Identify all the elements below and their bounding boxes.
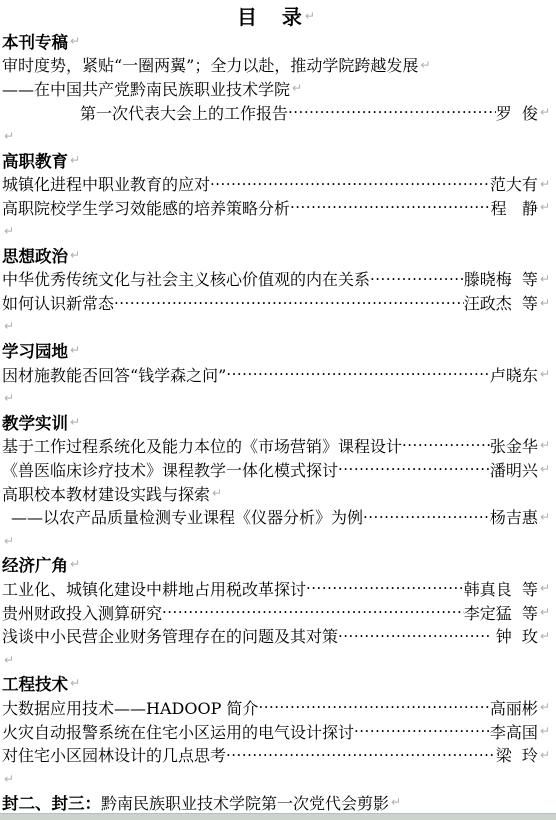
blank-line: ↵ [2,219,550,243]
toc-entry: 城镇化进程中职业教育的应对 范大有 ↵ [2,172,550,196]
footer-label: 封二、封三： [2,791,101,815]
dot-leader [338,627,491,645]
paragraph-mark: ↵ [70,676,80,690]
toc-entry-author: 程 静 [491,196,538,219]
paragraph-mark: ↵ [70,415,80,429]
paragraph-mark: ↵ [540,748,550,762]
toc-entry: 第一次代表大会上的工作报告 罗 俊 ↵ [2,100,550,124]
toc-entry: 如何认识新常态 汪政杰 等 ↵ [2,291,550,315]
toc-entry-author: 潘明兴 [490,458,538,481]
paragraph-mark: ↵ [70,34,80,48]
dot-leader [402,436,490,454]
toc-entry: 审时度势，紧贴“一圈两翼”；全力以赴，推动学院跨越发展 ↵ [2,53,550,77]
blank-line: ↵ [2,315,550,339]
dot-leader [370,270,464,288]
section-heading-row: 教学实训 ↵ [2,410,550,434]
toc-entry: 大数据应用技术——HADOOP 简介 高丽彬 ↵ [2,695,550,719]
toc-entry-author: 滕晓梅 等 [464,267,538,290]
toc-entry: 高职院校学生学习效能感的培养策略分析 程 静 ↵ [2,196,550,220]
dot-leader [290,198,491,216]
dot-leader [210,175,490,193]
toc-entry-author: 李定猛 等 [464,601,538,624]
dot-leader [363,508,490,526]
paragraph-mark: ↵ [540,462,550,476]
paragraph-mark: ↵ [540,724,550,738]
section-heading-row: 工程技术 ↵ [2,672,550,696]
window-bottom-edge [0,813,556,820]
toc-entry-author: 范大有 [490,172,538,195]
paragraph-mark: ↵ [540,605,550,619]
toc-entry: 因材施教能否回答“钱学森之问” 卢晓东 ↵ [2,362,550,386]
blank-line: ↵ [2,648,550,672]
toc-entry-title: 《兽医临床诊疗技术》课程教学一体化模式探讨 [2,458,338,481]
paragraph-mark: ↵ [305,9,315,23]
paragraph-mark: ↵ [540,200,550,214]
toc-entry: 中华优秀传统文化与社会主义核心价值观的内在关系 滕晓梅 等 ↵ [2,267,550,291]
toc-entry-title: 中华优秀传统文化与社会主义核心价值观的内在关系 [2,267,370,290]
blank-line: ↵ [2,386,550,410]
paragraph-mark: ↵ [540,367,550,381]
paragraph-mark: ↵ [540,438,550,452]
toc-entry-title: 对住宅小区园林设计的几点思考 [2,743,226,766]
section-heading: 经济广角 [2,553,68,577]
section-heading-row: 经济广角 ↵ [2,553,550,577]
section-heading: 高职教育 [2,148,68,172]
paragraph-mark: ↵ [70,343,80,357]
section-heading: 工程技术 [2,672,68,696]
paragraph-mark: ↵ [292,81,302,95]
toc-entry-author: 杨吉惠 [490,505,538,528]
toc-entry: ——在中国共产党黔南民族职业技术学院 ↵ [2,77,550,101]
paragraph-mark: ↵ [4,319,14,333]
toc-entry-author: 钟 玫 [491,624,538,647]
toc-entry: 贵州财政投入测算研究 李定猛 等 ↵ [2,600,550,624]
paragraph-mark: ↵ [70,248,80,262]
paragraph-mark: ↵ [540,105,550,119]
toc-entry-author: 李高国 [490,720,538,743]
section-heading-row: 学习园地 ↵ [2,338,550,362]
paragraph-mark: ↵ [540,700,550,714]
toc-entry-title: 贵州财政投入测算研究 [2,601,162,624]
toc-entry-author: 高丽彬 [490,696,538,719]
dot-leader [114,294,464,312]
toc-entry-title: 高职院校学生学习效能感的培养策略分析 [2,196,290,219]
dot-leader [226,746,496,764]
toc-entry-title: 工业化、城镇化建设中耕地占用税改革探讨 [2,577,306,600]
toc-entry: 对住宅小区园林设计的几点思考 梁 玲 ↵ [2,743,550,767]
section-heading-row: 思想政治 ↵ [2,243,550,267]
paragraph-mark: ↵ [420,58,430,72]
paragraph-mark: ↵ [540,581,550,595]
toc-entry: 《兽医临床诊疗技术》课程教学一体化模式探讨 潘明兴 ↵ [2,457,550,481]
toc-entry-title: 第一次代表大会上的工作报告 [80,101,288,124]
toc-entry-author: 罗 俊 [496,101,538,124]
paragraph-mark: ↵ [4,129,14,143]
paragraph-mark: ↵ [540,629,550,643]
toc-entry: 火灾自动报警系统在住宅小区运用的电气设计探讨 李高国 ↵ [2,719,550,743]
toc-entry-title: ——在中国共产党黔南民族职业技术学院 [2,77,290,100]
paragraph-mark: ↵ [4,772,14,786]
dot-leader [258,698,489,716]
dot-leader [306,579,464,597]
toc-entry-title: ——以农产品质量检测专业课程《仪器分析》为例 [11,505,363,528]
paragraph-mark: ↵ [212,486,222,500]
paragraph-mark: ↵ [540,510,550,524]
toc-entry-author: 梁 玲 [496,743,538,766]
toc-entry: ——以农产品质量检测专业课程《仪器分析》为例 杨吉惠 ↵ [2,505,550,529]
toc-entry-title: 审时度势，紧贴“一圈两翼”；全力以赴，推动学院跨越发展 [2,53,418,76]
toc-entry-author: 汪政杰 等 [464,291,538,314]
toc-entry-title: 大数据应用技术——HADOOP 简介 [2,696,258,719]
toc-entry-title: 基于工作过程系统化及能力本位的《市场营销》课程设计 [2,434,402,457]
toc-entry-title: 城镇化进程中职业教育的应对 [2,172,210,195]
paragraph-mark: ↵ [4,653,14,667]
blank-line: ↵ [2,124,550,148]
paragraph-mark: ↵ [391,795,401,809]
toc-entry: 基于工作过程系统化及能力本位的《市场营销》课程设计 张金华 ↵ [2,434,550,458]
footer-text: 黔南民族职业技术学院第一次党代会剪影 [101,791,389,814]
paragraph-mark: ↵ [70,153,80,167]
toc-entry: 工业化、城镇化建设中耕地占用税改革探讨 韩真良 等 ↵ [2,576,550,600]
paragraph-mark: ↵ [70,557,80,571]
section-heading-row: 本刊专稿 ↵ [2,29,550,53]
document-page: 目 录 ↵ 本刊专稿 ↵ 审时度势，紧贴“一圈两翼”；全力以赴，推动学院跨越发展… [0,0,556,814]
dot-leader [338,460,490,478]
toc-entry-title: 浅谈中小民营企业财务管理存在的问题及其对策 [2,624,338,647]
section-heading: 学习园地 [2,338,68,362]
dot-leader [226,365,490,383]
paragraph-mark: ↵ [4,391,14,405]
blank-line: ↵ [2,767,550,791]
page-title-line: 目 录 ↵ [2,2,550,29]
section-heading: 思想政治 [2,243,68,267]
footer-line: 封二、封三： 黔南民族职业技术学院第一次党代会剪影 ↵ [2,791,550,815]
toc-entry-title: 高职校本教材建设实践与探索 [2,482,210,505]
paragraph-mark: ↵ [540,177,550,191]
dot-leader [162,603,464,621]
paragraph-mark: ↵ [540,296,550,310]
section-heading-row: 高职教育 ↵ [2,148,550,172]
paragraph-mark: ↵ [4,224,14,238]
page-title: 目 录 [237,2,303,29]
dot-leader [288,103,496,121]
section-heading: 教学实训 [2,410,68,434]
paragraph-mark: ↵ [540,272,550,286]
toc-entry-author: 卢晓东 [490,363,538,386]
blank-line: ↵ [2,529,550,553]
paragraph-mark: ↵ [4,534,14,548]
toc-entry-author: 张金华 [490,434,538,457]
toc-entry: 浅谈中小民营企业财务管理存在的问题及其对策 钟 玫 ↵ [2,624,550,648]
section-heading: 本刊专稿 [2,29,68,53]
toc-entry: 高职校本教材建设实践与探索 ↵ [2,481,550,505]
dot-leader [354,722,490,740]
toc-entry-title: 因材施教能否回答“钱学森之问” [2,363,226,386]
toc-entry-author: 韩真良 等 [464,577,538,600]
toc-entry-title: 火灾自动报警系统在住宅小区运用的电气设计探讨 [2,720,354,743]
toc-entry-title: 如何认识新常态 [2,291,114,314]
